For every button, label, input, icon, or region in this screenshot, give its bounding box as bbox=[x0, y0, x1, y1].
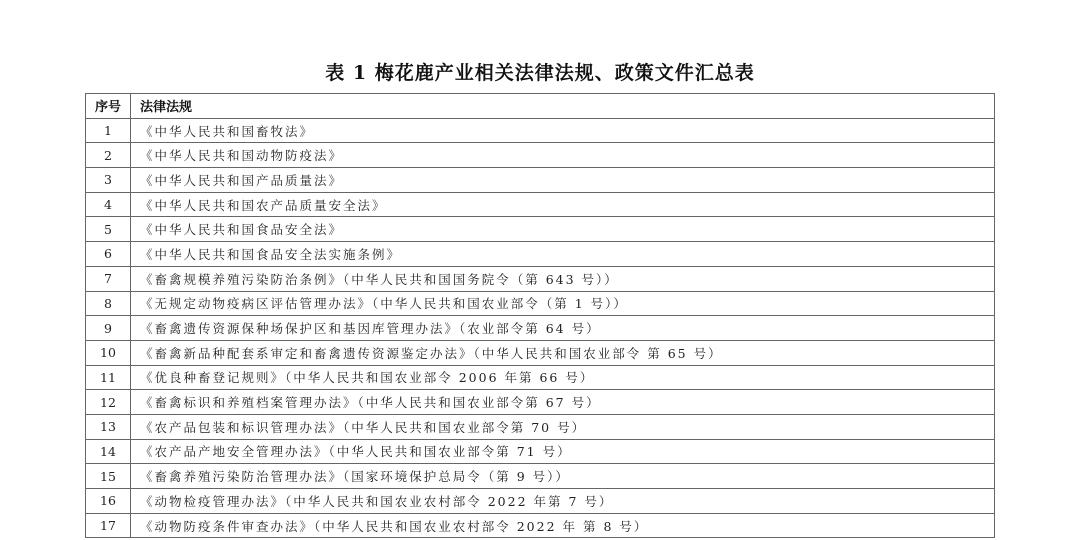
table-row: 12《畜禽标识和养殖档案管理办法》（中华人民共和国农业部令第 67 号） bbox=[86, 390, 995, 415]
row-index: 16 bbox=[86, 489, 131, 514]
row-law: 《中华人民共和国畜牧法》 bbox=[131, 118, 995, 143]
table-row: 4《中华人民共和国农产品质量安全法》 bbox=[86, 192, 995, 217]
row-index: 7 bbox=[86, 266, 131, 291]
row-index: 3 bbox=[86, 168, 131, 193]
row-law: 《中华人民共和国食品安全法》 bbox=[131, 217, 995, 242]
row-law: 《动物检疫管理办法》（中华人民共和国农业农村部令 2022 年第 7 号） bbox=[131, 489, 995, 514]
row-law: 《农产品包装和标识管理办法》（中华人民共和国农业部令第 70 号） bbox=[131, 414, 995, 439]
row-law: 《畜禽新品种配套系审定和畜禽遗传资源鉴定办法》（中华人民共和国农业部令 第 65… bbox=[131, 340, 995, 365]
row-law: 《畜禽规模养殖污染防治条例》（中华人民共和国国务院令（第 643 号）） bbox=[131, 266, 995, 291]
row-index: 12 bbox=[86, 390, 131, 415]
row-index: 5 bbox=[86, 217, 131, 242]
row-law: 《中华人民共和国食品安全法实施条例》 bbox=[131, 242, 995, 267]
row-law: 《中华人民共和国农产品质量安全法》 bbox=[131, 192, 995, 217]
row-index: 15 bbox=[86, 464, 131, 489]
table-row: 10《畜禽新品种配套系审定和畜禽遗传资源鉴定办法》（中华人民共和国农业部令 第 … bbox=[86, 340, 995, 365]
row-index: 4 bbox=[86, 192, 131, 217]
table-row: 1《中华人民共和国畜牧法》 bbox=[86, 118, 995, 143]
table-header-row: 序号 法律法规 bbox=[86, 94, 995, 119]
table-row: 13《农产品包装和标识管理办法》（中华人民共和国农业部令第 70 号） bbox=[86, 414, 995, 439]
laws-table: 序号 法律法规 1《中华人民共和国畜牧法》2《中华人民共和国动物防疫法》3《中华… bbox=[85, 93, 995, 538]
row-index: 11 bbox=[86, 365, 131, 390]
row-law: 《畜禽标识和养殖档案管理办法》（中华人民共和国农业部令第 67 号） bbox=[131, 390, 995, 415]
row-index: 8 bbox=[86, 291, 131, 316]
table-row: 7《畜禽规模养殖污染防治条例》（中华人民共和国国务院令（第 643 号）） bbox=[86, 266, 995, 291]
table-row: 11《优良种畜登记规则》（中华人民共和国农业部令 2006 年第 66 号） bbox=[86, 365, 995, 390]
row-index: 13 bbox=[86, 414, 131, 439]
row-index: 14 bbox=[86, 439, 131, 464]
table-row: 2《中华人民共和国动物防疫法》 bbox=[86, 143, 995, 168]
header-index: 序号 bbox=[86, 94, 131, 119]
table-row: 5《中华人民共和国食品安全法》 bbox=[86, 217, 995, 242]
row-index: 2 bbox=[86, 143, 131, 168]
header-law: 法律法规 bbox=[131, 94, 995, 119]
row-index: 17 bbox=[86, 513, 131, 538]
table-row: 17《动物防疫条件审查办法》（中华人民共和国农业农村部令 2022 年 第 8 … bbox=[86, 513, 995, 538]
row-law: 《动物防疫条件审查办法》（中华人民共和国农业农村部令 2022 年 第 8 号） bbox=[131, 513, 995, 538]
row-law: 《中华人民共和国产品质量法》 bbox=[131, 168, 995, 193]
row-law: 《畜禽养殖污染防治管理办法》（国家环境保护总局令（第 9 号）） bbox=[131, 464, 995, 489]
row-law: 《优良种畜登记规则》（中华人民共和国农业部令 2006 年第 66 号） bbox=[131, 365, 995, 390]
table-row: 9《畜禽遗传资源保种场保护区和基因库管理办法》（农业部令第 64 号） bbox=[86, 316, 995, 341]
row-law: 《农产品产地安全管理办法》（中华人民共和国农业部令第 71 号） bbox=[131, 439, 995, 464]
row-index: 9 bbox=[86, 316, 131, 341]
row-law: 《畜禽遗传资源保种场保护区和基因库管理办法》（农业部令第 64 号） bbox=[131, 316, 995, 341]
table-row: 16《动物检疫管理办法》（中华人民共和国农业农村部令 2022 年第 7 号） bbox=[86, 489, 995, 514]
table-title: 表 1 梅花鹿产业相关法律法规、政策文件汇总表 bbox=[0, 58, 1080, 85]
row-index: 10 bbox=[86, 340, 131, 365]
row-law: 《中华人民共和国动物防疫法》 bbox=[131, 143, 995, 168]
table-row: 3《中华人民共和国产品质量法》 bbox=[86, 168, 995, 193]
table-row: 8《无规定动物疫病区评估管理办法》（中华人民共和国农业部令（第 1 号）） bbox=[86, 291, 995, 316]
row-law: 《无规定动物疫病区评估管理办法》（中华人民共和国农业部令（第 1 号）） bbox=[131, 291, 995, 316]
table-row: 15《畜禽养殖污染防治管理办法》（国家环境保护总局令（第 9 号）） bbox=[86, 464, 995, 489]
row-index: 1 bbox=[86, 118, 131, 143]
table-row: 14《农产品产地安全管理办法》（中华人民共和国农业部令第 71 号） bbox=[86, 439, 995, 464]
table-row: 6《中华人民共和国食品安全法实施条例》 bbox=[86, 242, 995, 267]
row-index: 6 bbox=[86, 242, 131, 267]
